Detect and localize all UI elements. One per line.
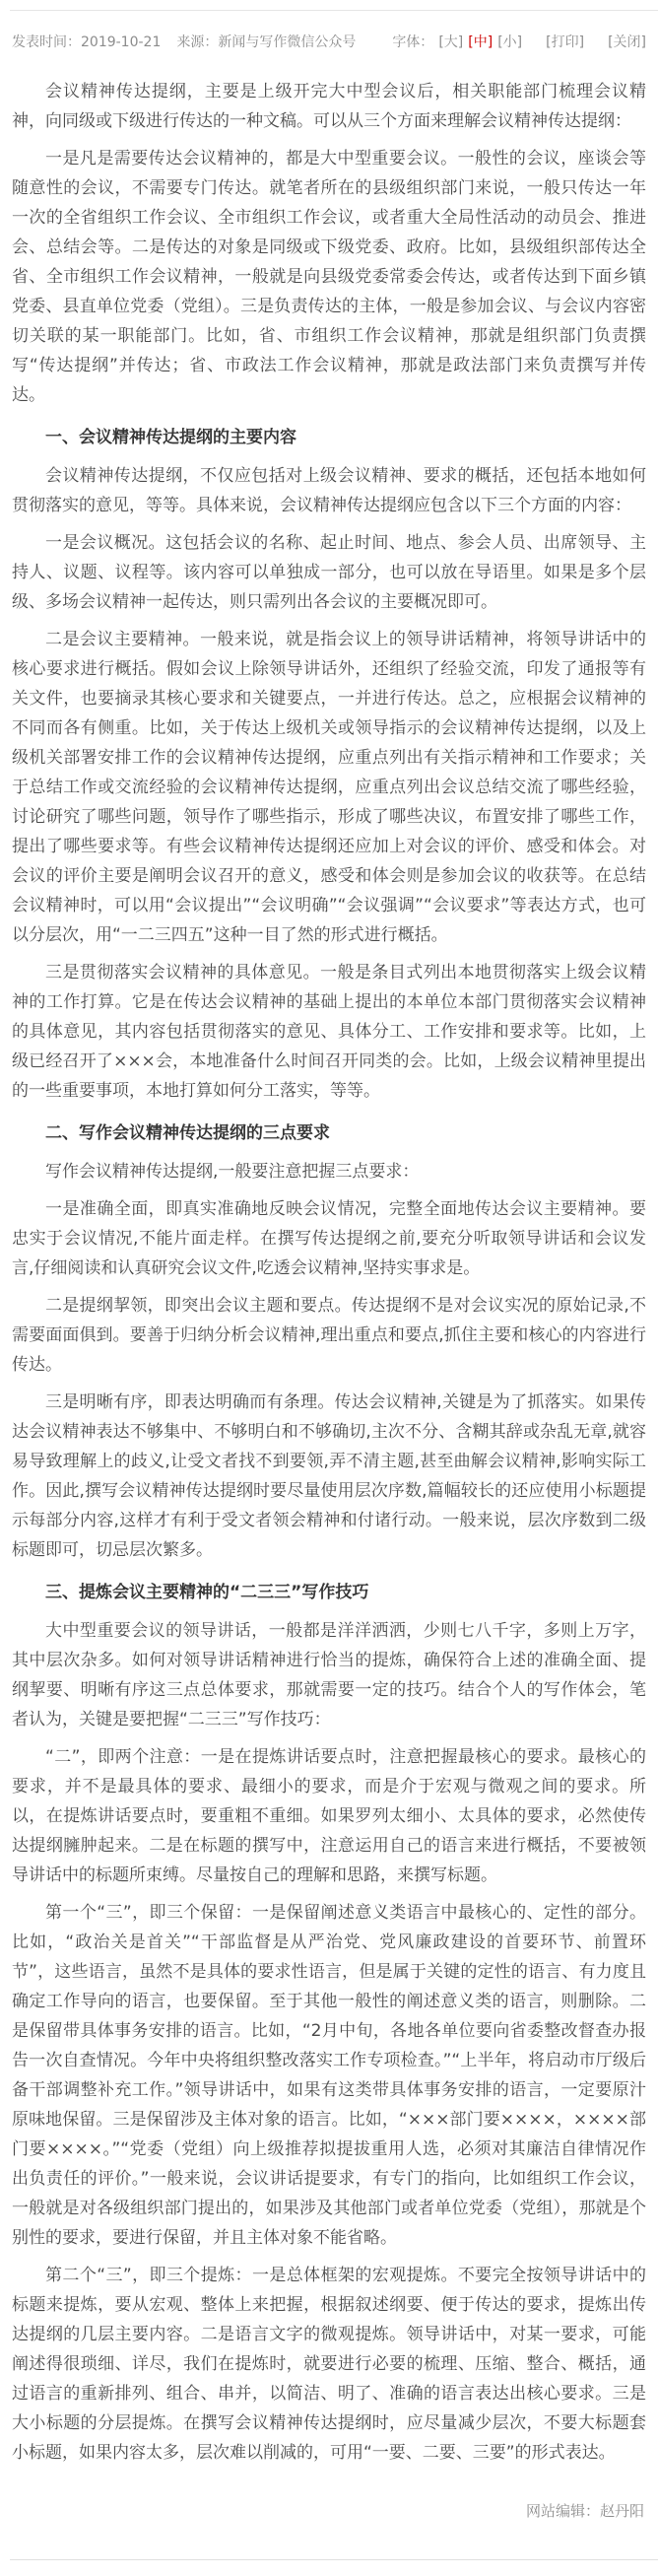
font-size-medium-button[interactable]: [中] bbox=[468, 34, 493, 50]
source-name: 新闻与写作微信公众号 bbox=[218, 34, 356, 50]
article-paragraph: “二”，即两个注意：一是在提炼讲话要点时，注意把握最核心的要求。最核心的要求，并… bbox=[12, 1742, 646, 1890]
article-paragraph: 一是准确全面，即真实准确地反映会议情况，完整全面地传达会议主要精神。要忠实于会议… bbox=[12, 1194, 646, 1283]
source-label: 来源： bbox=[176, 34, 218, 50]
article-paragraph: 三是贯彻落实会议精神的具体意见。一般是条目式列出本地贯彻落实上级会议精神的工作打… bbox=[12, 958, 646, 1106]
article-paragraph: 二是提纲挈领，即突出会议主题和要点。传达提纲不是对会议实况的原始记录,不需要面面… bbox=[12, 1291, 646, 1380]
article-paragraph: 第二个“三”，即三个提炼：一是总体框架的宏观提炼。不要完全按领导讲话中的标题来提… bbox=[12, 2261, 646, 2468]
editor-credit: 网站编辑：赵丹阳 bbox=[526, 2502, 644, 2520]
article-paragraph: 会议精神传达提纲，不仅应包括对上级会议精神、要求的概括，还包括本地如何贯彻落实的… bbox=[12, 461, 646, 520]
publish-time: 发表时间：2019-10-21 bbox=[12, 34, 161, 50]
article-paragraph: 二是会议主要精神。一般来说，就是指会议上的领导讲话精神，将领导讲话中的核心要求进… bbox=[12, 625, 646, 950]
publish-time-label: 发表时间： bbox=[12, 34, 81, 50]
font-size-label: 字体： bbox=[392, 34, 433, 50]
font-size-large-button[interactable]: [大] bbox=[438, 34, 463, 50]
article-paragraph: 一是会议概况。这包括会议的名称、起止时间、地点、参会人员、出席领导、主持人、议题… bbox=[12, 528, 646, 617]
article-paragraph: 一是凡是需要传达会议精神的，都是大中型重要会议。一般性的会议，座谈会等随意性的会… bbox=[12, 144, 646, 410]
article-page: 发表时间：2019-10-21来源：新闻与写作微信公众号 字体：[大][中][小… bbox=[0, 0, 658, 2576]
page-controls: 字体：[大][中][小][打印][关闭] bbox=[392, 32, 646, 51]
top-divider bbox=[10, 10, 658, 11]
article-paragraph: 三是明晰有序，即表达明确而有条理。传达会议精神,关键是为了抓落实。如果传达会议精… bbox=[12, 1388, 646, 1565]
editor-name: 赵丹阳 bbox=[600, 2502, 644, 2520]
article-paragraph: 大中型重要会议的领导讲话，一般都是洋洋洒洒，少则七八千字，多则上万字，其中层次杂… bbox=[12, 1616, 646, 1734]
section-heading: 三、提炼会议主要精神的“二三三”写作技巧 bbox=[12, 1578, 646, 1607]
article-body: 会议精神传达提纲，主要是上级开完大中型会议后，相关职能部门梳理会议精神，向同级或… bbox=[12, 69, 646, 2475]
footer: 网站编辑：赵丹阳 bbox=[526, 2500, 644, 2521]
article-paragraph: 会议精神传达提纲，主要是上级开完大中型会议后，相关职能部门梳理会议精神，向同级或… bbox=[12, 77, 646, 136]
source: 来源：新闻与写作微信公众号 bbox=[176, 34, 356, 50]
close-button[interactable]: [关闭] bbox=[608, 34, 646, 50]
bottom-divider bbox=[10, 2559, 658, 2560]
meta-bar: 发表时间：2019-10-21来源：新闻与写作微信公众号 字体：[大][中][小… bbox=[12, 32, 646, 51]
article-paragraph: 第一个“三”，即三个保留：一是保留阐述意义类语言中最核心的、定性的部分。比如，“… bbox=[12, 1898, 646, 2253]
publish-date: 2019-10-21 bbox=[81, 34, 161, 50]
print-button[interactable]: [打印] bbox=[546, 34, 584, 50]
article-paragraph: 写作会议精神传达提纲,一般要注意把握三点要求： bbox=[12, 1157, 646, 1186]
section-heading: 一、会议精神传达提纲的主要内容 bbox=[12, 423, 646, 452]
section-heading: 二、写作会议精神传达提纲的三点要求 bbox=[12, 1119, 646, 1148]
font-size-small-button[interactable]: [小] bbox=[497, 34, 522, 50]
editor-label: 网站编辑： bbox=[526, 2502, 600, 2520]
meta-info: 发表时间：2019-10-21来源：新闻与写作微信公众号 bbox=[12, 32, 371, 51]
